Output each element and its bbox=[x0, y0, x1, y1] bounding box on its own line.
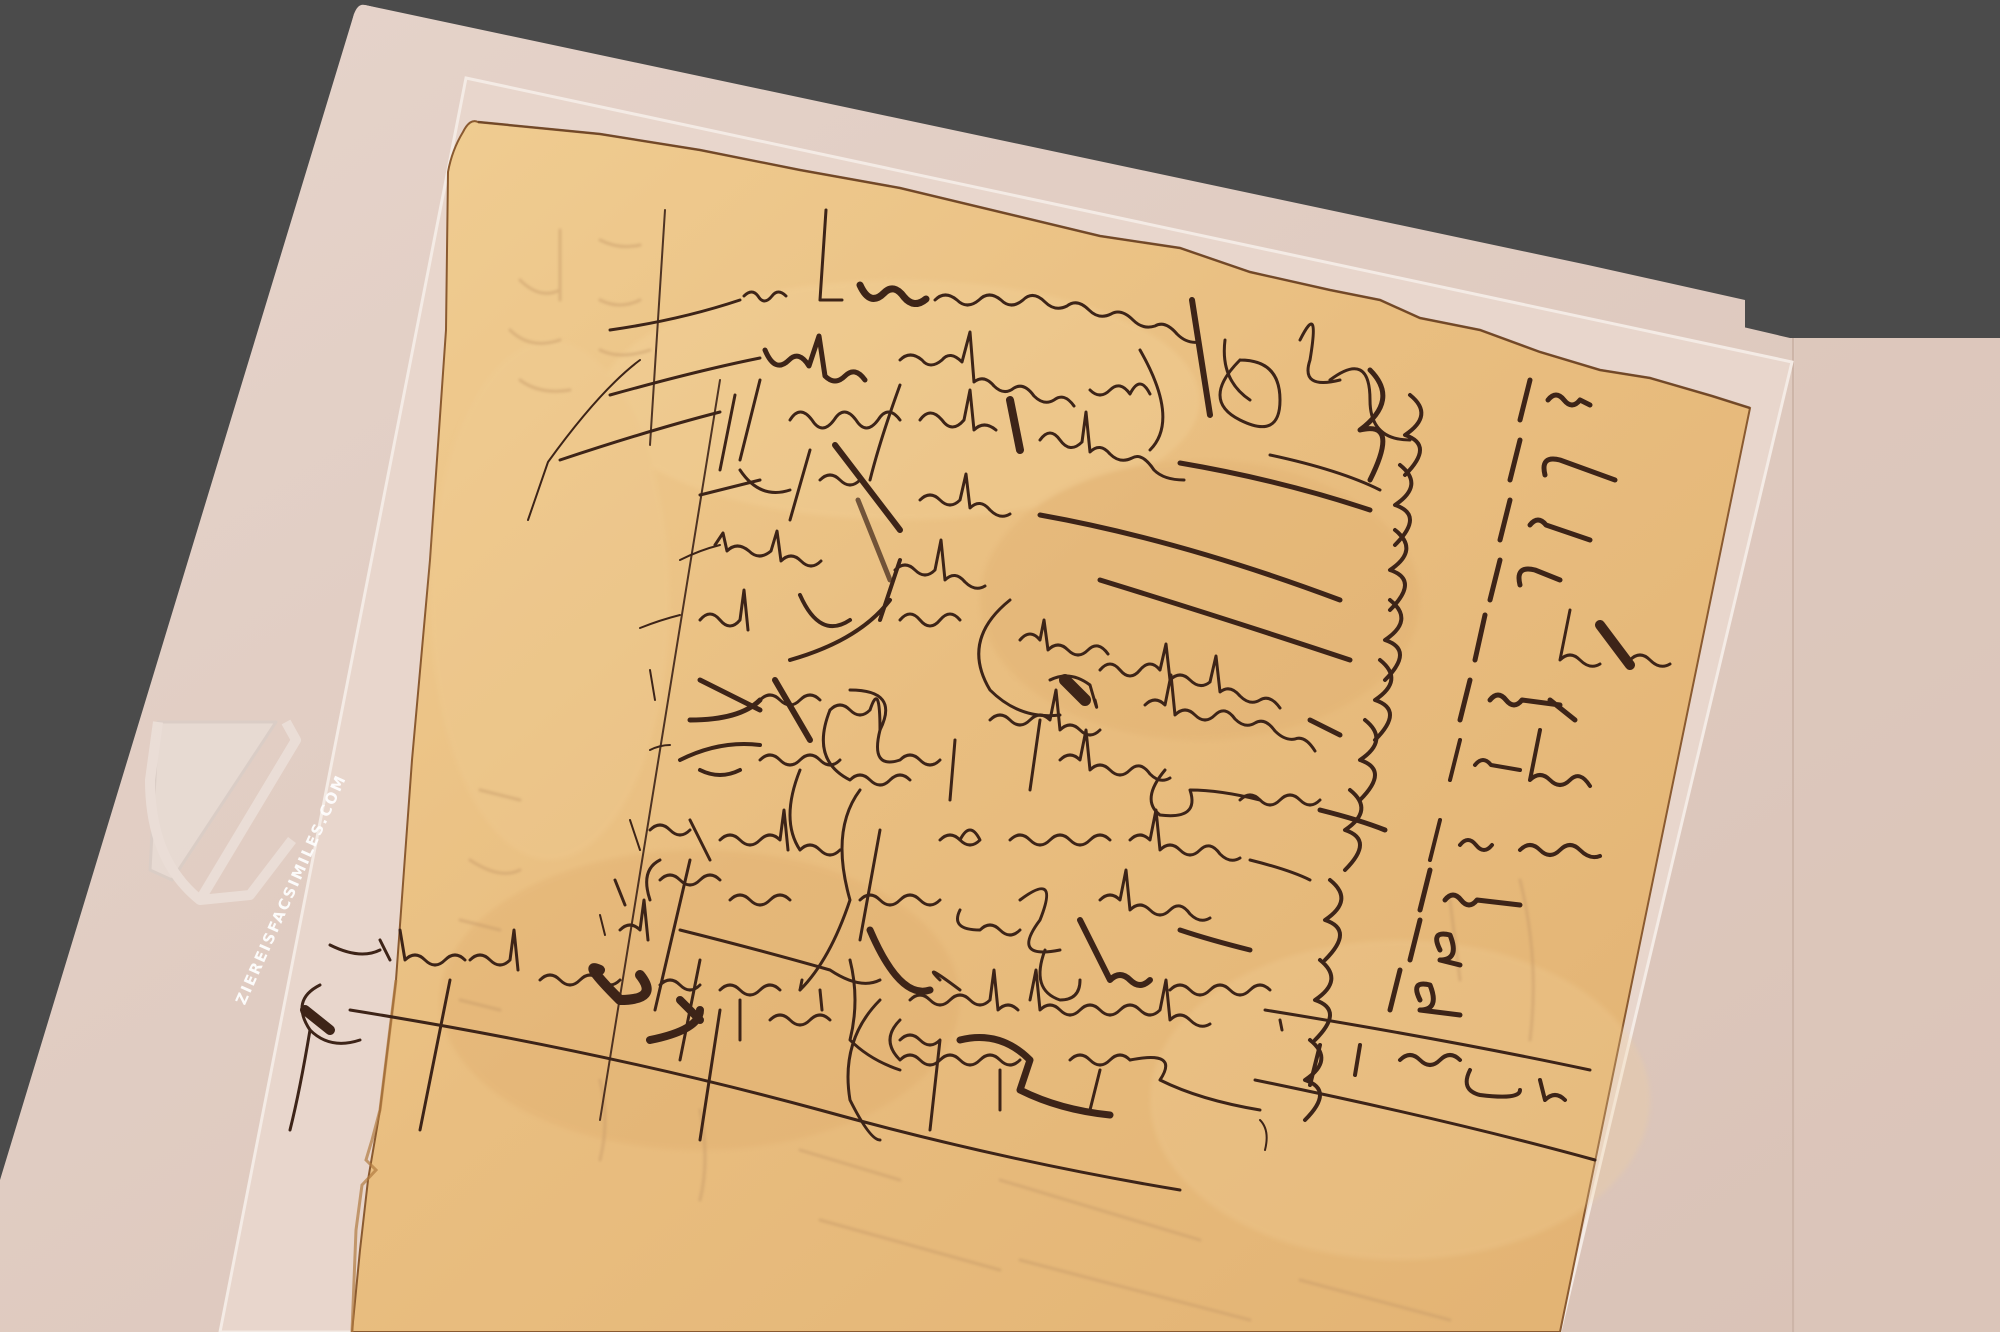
watermark-logo bbox=[0, 0, 2000, 1332]
z-shield-logo bbox=[150, 722, 296, 900]
photo-stage: ZIEREISFACSIMILES.COM pildoras de lamar … bbox=[0, 0, 2000, 1332]
